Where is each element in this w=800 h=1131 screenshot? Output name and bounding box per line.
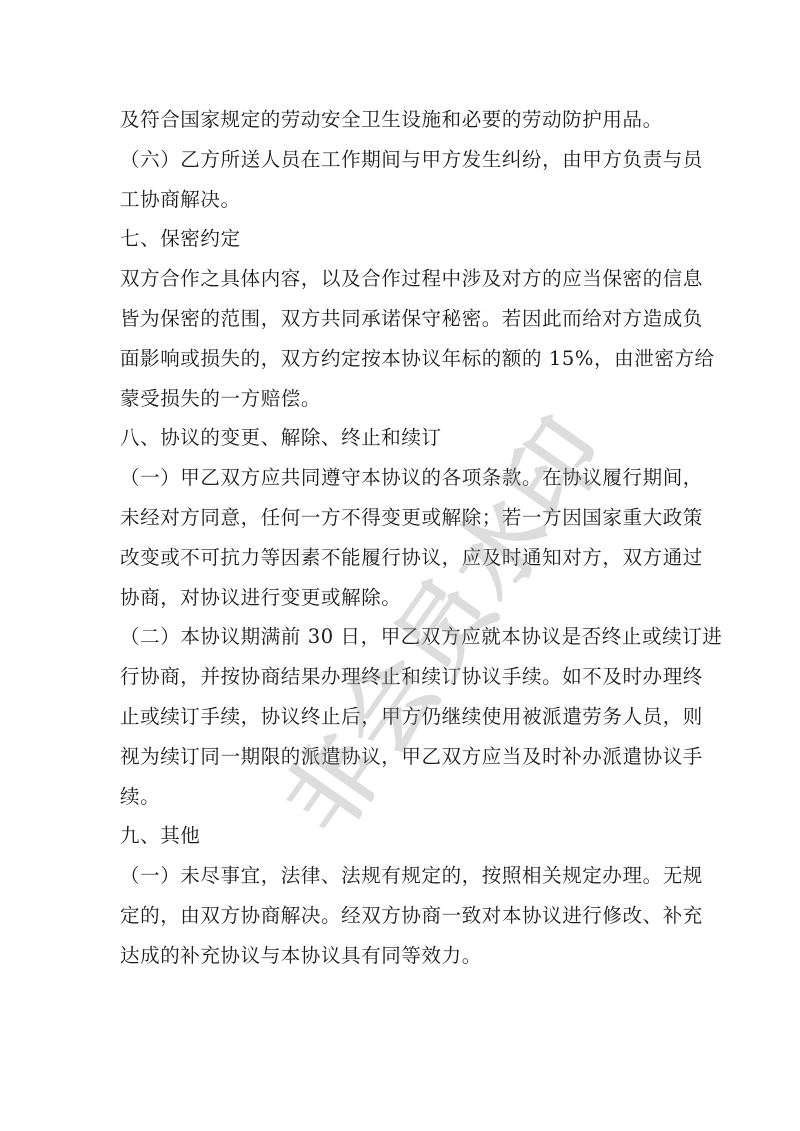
- body-line: 双方合作之具体内容，以及合作过程中涉及对方的应当保密的信息: [120, 259, 682, 299]
- section-heading-9: 九、其他: [120, 816, 682, 856]
- body-line: 未经对方同意，任何一方不得变更或解除；若一方因国家重大政策: [120, 498, 682, 538]
- document-page: 及符合国家规定的劳动安全卫生设施和必要的劳动防护用品。 （六）乙方所送人员在工作…: [0, 0, 800, 1131]
- body-line: 定的，由双方协商解决。经双方协商一致对本协议进行修改、补充: [120, 896, 682, 936]
- section-heading-8: 八、协议的变更、解除、终止和续订: [120, 418, 682, 458]
- clause-6-line: （六）乙方所送人员在工作期间与甲方发生纠纷，由甲方负责与员: [120, 140, 682, 180]
- body-line: 及符合国家规定的劳动安全卫生设施和必要的劳动防护用品。: [120, 100, 682, 140]
- clause-8-1-line: （一）甲乙双方应共同遵守本协议的各项条款。在协议履行期间，: [120, 458, 682, 498]
- clause-8-2-line: （二）本协议期满前 30 日，甲乙双方应就本协议是否终止或续订进: [120, 617, 682, 657]
- section-heading-7: 七、保密约定: [120, 219, 682, 259]
- body-line: 面影响或损失的，双方约定按本协议年标的额的 15%，由泄密方给: [120, 339, 682, 379]
- body-line: 皆为保密的范围，双方共同承诺保守秘密。若因此而给对方造成负: [120, 299, 682, 339]
- body-line: 协商，对协议进行变更或解除。: [120, 578, 682, 618]
- body-line: 续。: [120, 777, 682, 817]
- body-line: 止或续订手续，协议终止后，甲方仍继续使用被派遣劳务人员，则: [120, 697, 682, 737]
- body-line: 视为续订同一期限的派遣协议，甲乙双方应当及时补办派遣协议手: [120, 737, 682, 777]
- document-body: 及符合国家规定的劳动安全卫生设施和必要的劳动防护用品。 （六）乙方所送人员在工作…: [120, 100, 682, 976]
- body-line: 改变或不可抗力等因素不能履行协议，应及时通知对方，双方通过: [120, 538, 682, 578]
- body-line: 行协商，并按协商结果办理终止和续订协议手续。如不及时办理终: [120, 657, 682, 697]
- clause-9-1-line: （一）未尽事宜，法律、法规有规定的，按照相关规定办理。无规: [120, 856, 682, 896]
- body-line: 蒙受损失的一方赔偿。: [120, 379, 682, 419]
- body-line: 达成的补充协议与本协议具有同等效力。: [120, 936, 682, 976]
- body-line: 工协商解决。: [120, 180, 682, 220]
